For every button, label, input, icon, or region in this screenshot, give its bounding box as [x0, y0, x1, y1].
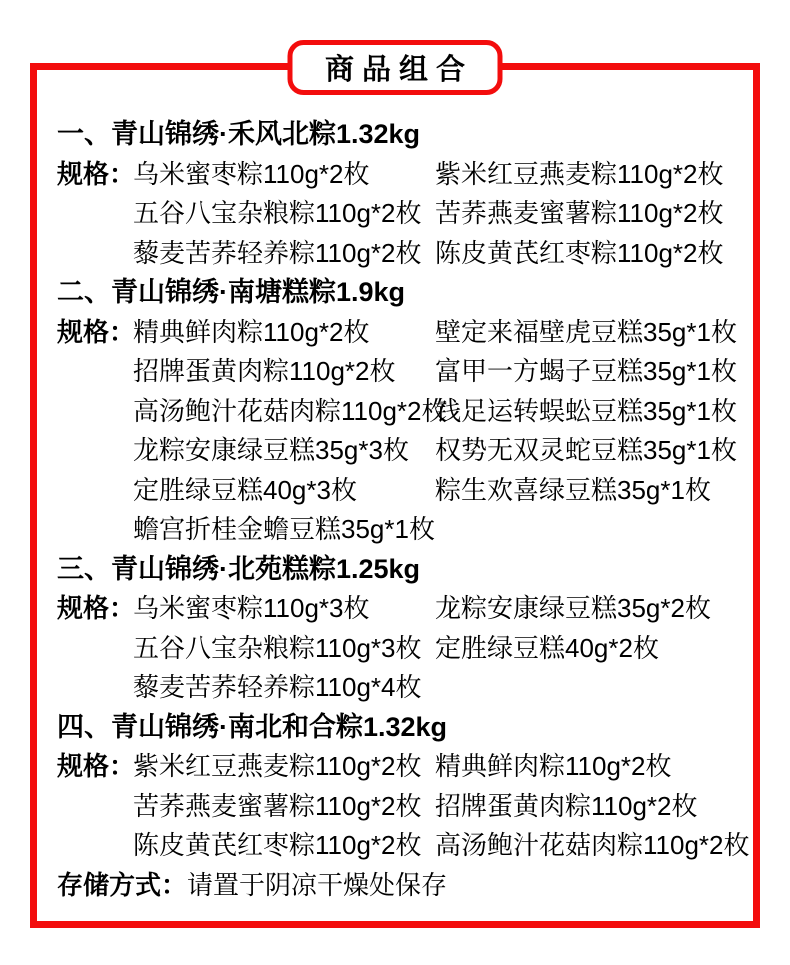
spec-row: 藜麦苦荞轻养粽110g*2枚陈皮黄芪红枣粽110g*2枚	[57, 234, 737, 274]
item-right: 定胜绿豆糕40g*2枚	[435, 629, 737, 669]
item-right: 龙粽安康绿豆糕35g*2枚	[435, 589, 737, 629]
item-right: 高汤鲍汁花菇肉粽110g*2枚	[435, 826, 750, 866]
item-right: 苦荞燕麦蜜薯粽110g*2枚	[435, 194, 737, 234]
spec-row: 规格：紫米红豆燕麦粽110g*2枚精典鲜肉粽110g*2枚	[57, 747, 737, 787]
storage-label: 存储方式：	[57, 866, 187, 906]
spec-row: 规格：精典鲜肉粽110g*2枚壁定来福壁虎豆糕35g*1枚	[57, 313, 737, 353]
spec-label-spacer	[57, 629, 133, 669]
item-right: 权势无双灵蛇豆糕35g*1枚	[435, 431, 737, 471]
page-title: 商品组合	[325, 47, 473, 88]
item-right: 粽生欢喜绿豆糕35g*1枚	[435, 471, 737, 511]
spec-label: 规格：	[57, 313, 133, 353]
spec-row: 陈皮黄芪红枣粽110g*2枚高汤鲍汁花菇肉粽110g*2枚	[57, 826, 737, 866]
product-section: 四、青山锦绣·南北和合粽1.32kg规格：紫米红豆燕麦粽110g*2枚精典鲜肉粽…	[57, 708, 737, 866]
section-title: 四、青山锦绣·南北和合粽1.32kg	[57, 708, 737, 748]
spec-row: 招牌蛋黄肉粽110g*2枚富甲一方蝎子豆糕35g*1枚	[57, 352, 737, 392]
spec-label: 规格：	[57, 747, 133, 787]
item-left: 精典鲜肉粽110g*2枚	[133, 313, 435, 353]
section-title: 一、青山锦绣·禾风北粽1.32kg	[57, 115, 737, 155]
item-left: 招牌蛋黄肉粽110g*2枚	[133, 352, 435, 392]
item-left: 五谷八宝杂粮粽110g*3枚	[133, 629, 435, 669]
spec-row: 苦荞燕麦蜜薯粽110g*2枚招牌蛋黄肉粽110g*2枚	[57, 787, 737, 827]
spec-row: 五谷八宝杂粮粽110g*3枚定胜绿豆糕40g*2枚	[57, 629, 737, 669]
spec-label: 规格：	[57, 589, 133, 629]
spec-label-spacer	[57, 194, 133, 234]
product-section: 二、青山锦绣·南塘糕粽1.9kg规格：精典鲜肉粽110g*2枚壁定来福壁虎豆糕3…	[57, 273, 737, 550]
spec-row: 藜麦苦荞轻养粽110g*4枚	[57, 668, 737, 708]
item-left: 苦荞燕麦蜜薯粽110g*2枚	[133, 787, 435, 827]
spec-row: 五谷八宝杂粮粽110g*2枚苦荞燕麦蜜薯粽110g*2枚	[57, 194, 737, 234]
spec-label-spacer	[57, 668, 133, 708]
item-right: 紫米红豆燕麦粽110g*2枚	[435, 155, 737, 195]
item-right: 陈皮黄芪红枣粽110g*2枚	[435, 234, 737, 274]
section-title: 三、青山锦绣·北苑糕粽1.25kg	[57, 550, 737, 590]
spec-label-spacer	[57, 392, 133, 432]
spec-label-spacer	[57, 352, 133, 392]
item-left: 五谷八宝杂粮粽110g*2枚	[133, 194, 435, 234]
item-left: 蟾宫折桂金蟾豆糕35g*1枚	[133, 510, 435, 550]
item-left: 乌米蜜枣粽110g*3枚	[133, 589, 435, 629]
spec-row: 规格：乌米蜜枣粽110g*2枚紫米红豆燕麦粽110g*2枚	[57, 155, 737, 195]
product-combo-content: 一、青山锦绣·禾风北粽1.32kg规格：乌米蜜枣粽110g*2枚紫米红豆燕麦粽1…	[57, 115, 737, 905]
spec-row: 高汤鲍汁花菇肉粽110g*2枚钱足运转蜈蚣豆糕35g*1枚	[57, 392, 737, 432]
item-right: 富甲一方蝎子豆糕35g*1枚	[435, 352, 737, 392]
spec-label-spacer	[57, 471, 133, 511]
item-left: 龙粽安康绿豆糕35g*3枚	[133, 431, 435, 471]
item-right	[435, 510, 737, 550]
spec-label-spacer	[57, 234, 133, 274]
spec-label-spacer	[57, 826, 133, 866]
storage-value: 请置于阴凉干燥处保存	[187, 866, 447, 906]
section-title: 二、青山锦绣·南塘糕粽1.9kg	[57, 273, 737, 313]
item-left: 定胜绿豆糕40g*3枚	[133, 471, 435, 511]
item-left: 紫米红豆燕麦粽110g*2枚	[133, 747, 435, 787]
spec-row: 蟾宫折桂金蟾豆糕35g*1枚	[57, 510, 737, 550]
title-badge: 商品组合	[288, 40, 503, 95]
item-left: 高汤鲍汁花菇肉粽110g*2枚	[133, 392, 435, 432]
spec-label: 规格：	[57, 155, 133, 195]
storage-row: 存储方式： 请置于阴凉干燥处保存	[57, 866, 737, 906]
sections-list: 一、青山锦绣·禾风北粽1.32kg规格：乌米蜜枣粽110g*2枚紫米红豆燕麦粽1…	[57, 115, 737, 866]
item-right: 壁定来福壁虎豆糕35g*1枚	[435, 313, 737, 353]
spec-row: 定胜绿豆糕40g*3枚粽生欢喜绿豆糕35g*1枚	[57, 471, 737, 511]
spec-label-spacer	[57, 431, 133, 471]
item-right: 钱足运转蜈蚣豆糕35g*1枚	[435, 392, 737, 432]
spec-label-spacer	[57, 510, 133, 550]
item-left: 陈皮黄芪红枣粽110g*2枚	[133, 826, 435, 866]
spec-label-spacer	[57, 787, 133, 827]
item-right: 精典鲜肉粽110g*2枚	[435, 747, 737, 787]
item-right	[435, 668, 737, 708]
product-section: 三、青山锦绣·北苑糕粽1.25kg规格：乌米蜜枣粽110g*3枚龙粽安康绿豆糕3…	[57, 550, 737, 708]
item-left: 藜麦苦荞轻养粽110g*2枚	[133, 234, 435, 274]
spec-row: 规格：乌米蜜枣粽110g*3枚龙粽安康绿豆糕35g*2枚	[57, 589, 737, 629]
item-left: 藜麦苦荞轻养粽110g*4枚	[133, 668, 435, 708]
spec-row: 龙粽安康绿豆糕35g*3枚权势无双灵蛇豆糕35g*1枚	[57, 431, 737, 471]
item-right: 招牌蛋黄肉粽110g*2枚	[435, 787, 737, 827]
item-left: 乌米蜜枣粽110g*2枚	[133, 155, 435, 195]
product-section: 一、青山锦绣·禾风北粽1.32kg规格：乌米蜜枣粽110g*2枚紫米红豆燕麦粽1…	[57, 115, 737, 273]
